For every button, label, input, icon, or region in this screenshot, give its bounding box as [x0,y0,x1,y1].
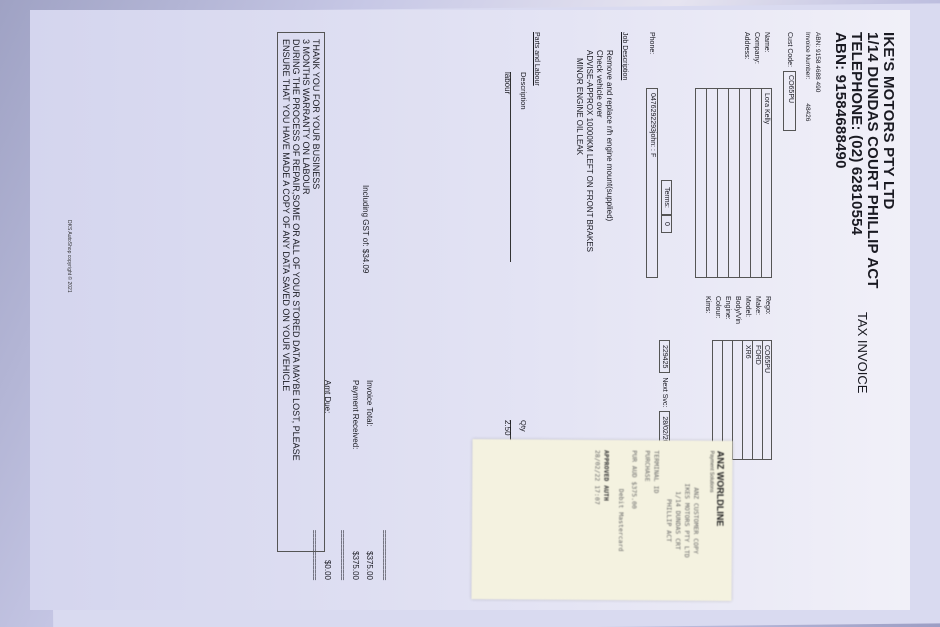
address-line-5 [695,88,706,278]
col-description: Description [510,72,528,262]
model-field: XR6 [742,340,752,460]
receipt-brand: ANZ WORLDLINE [715,451,725,591]
address-line-4 [706,88,717,278]
body-vin-label: Body/Vin [732,296,742,324]
doc-title: TAX INVOICE [855,312,870,393]
row-description: labour [503,72,512,94]
make-label: Make: [752,296,762,324]
next-svc-label: Next Svc: [661,377,668,407]
cust-code-label: Cust Code: [786,32,793,67]
address-line-1 [739,88,750,278]
name-field: Lora Kelly [761,88,772,278]
job-line: Check vehicle over [594,50,604,252]
phone-field: 0476292293john: : F [646,88,658,278]
invoice-total: $375.00 [362,551,376,580]
row-qty: 2.50 [503,420,512,436]
body-vin-field [732,340,742,460]
job-line: MINOR ENGINE OIL LEAK [574,50,584,252]
invoice-total-label: Invoice Total: [362,380,376,427]
invoice-number-label: Invoice Number: [804,32,811,79]
name-label: Name: [761,32,771,64]
customer-fields: Lora Kelly [695,88,772,278]
make-field: FORD [752,340,762,460]
address-label: Address: [741,32,751,64]
kims-field: 229425 [659,340,670,373]
payment-received: $375.00 [348,551,362,580]
amt-due: $0.00 [320,560,334,580]
eftpos-receipt: ANZ WORLDLINE Payment Solutions ANZ CUST… [471,439,732,601]
address-line-3 [717,88,728,278]
invoice-meta: ABN: 9158 4688 490 Invoice Number:48426 [802,32,822,121]
business-name: IKE'S MOTORS PTY LTD [880,32,896,289]
company-field [750,88,761,278]
invoice-number: 48426 [804,103,811,121]
copyright: DKS AutoShop copyright © 2021 [66,220,72,293]
business-address: 1/14 DUNDAS COURT PHILLIP ACT [864,32,880,289]
address-line-2 [728,88,739,278]
payment-received-label: Payment Received: [348,380,362,449]
job-line: Remove and replace r/h engine mount(supp… [604,50,614,252]
engine-label: Engine: [722,296,732,324]
business-abn: ABN: 91584688490 [832,32,848,289]
kims-label: Kims: [702,296,712,324]
warranty-notice: THANK YOU FOR YOUR BUSINESS 3 MONTHS WAR… [277,32,325,552]
terms-row: Terms: 0 [661,180,672,233]
parts-heading: Parts and Labour [533,32,540,86]
abn-small: ABN: 9158 4688 490 [812,32,822,121]
model-label: Model: [742,296,752,324]
phone-label: Phone: [646,32,656,54]
customer-labels: Name: Company: Address: [741,32,771,64]
rego-label: Rego: [762,296,772,324]
business-header: IKE'S MOTORS PTY LTD 1/14 DUNDAS COURT P… [832,32,896,289]
colour-label: Colour: [712,296,722,324]
company-label: Company: [751,32,761,64]
job-line: ADVISE-APPROX 10000KM LEFT ON FRONT BRAK… [584,50,594,252]
terms-value: 0 [661,215,672,233]
job-description: Remove and replace r/h engine mount(supp… [574,50,614,252]
cust-code-row: Cust Code: CO65PU [783,32,796,131]
rego-field: CO65PU [762,340,772,460]
invoice-page: IKE'S MOTORS PTY LTD 1/14 DUNDAS COURT P… [30,10,910,610]
job-heading: Job Description [621,32,628,80]
business-telephone: TELEPHONE: (02) 62810554 [848,32,864,289]
vehicle-labels: Rego: Make: Model: Body/Vin Engine: Colo… [702,296,772,324]
cust-code-field: CO65PU [783,71,796,131]
terms-label: Terms: [661,180,672,215]
gst-line: Including GST of: $34.09 [361,185,370,273]
